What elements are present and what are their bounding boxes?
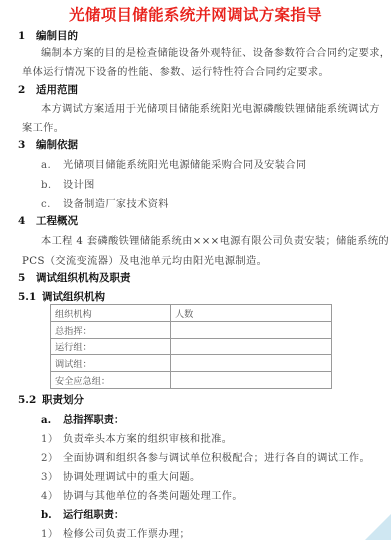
section-1-heading: 1编制目的 <box>18 28 78 43</box>
list-marker: 3） <box>41 468 63 483</box>
subsection-title: 调试组织机构 <box>42 291 105 303</box>
duty-item: 2）全面协调和组织各参与调试单位积极配合；进行各自的调试工作。 <box>41 449 370 464</box>
duty-item: 4）协调与其他单位的各类问题处理工作。 <box>41 487 243 502</box>
section-number: 3 <box>18 139 36 151</box>
section-title: 调试组织机构及职责 <box>36 272 131 284</box>
section-4-heading: 4工程概况 <box>18 213 78 228</box>
section-number: 4 <box>18 215 36 227</box>
table-cell <box>171 372 332 389</box>
section-2-paragraph-line2: 案工作。 <box>22 119 64 134</box>
duty-group-b-heading: b.运行组职责： <box>41 506 124 521</box>
list-marker: a. <box>41 414 63 426</box>
list-marker: 4） <box>41 487 63 502</box>
section-title: 适用范围 <box>36 84 78 96</box>
duty-item: 1）检修公司负责工作票办理； <box>41 525 190 540</box>
table-cell: 安全应急组： <box>51 372 171 389</box>
table-header-row: 组织机构 人数 <box>51 305 332 322</box>
subsection-number: 5.1 <box>18 291 42 303</box>
table-cell: 总指挥： <box>51 321 171 338</box>
table-row: 运行组： <box>51 338 332 355</box>
section-number: 5 <box>18 272 36 284</box>
table-cell <box>171 321 332 338</box>
section-2-paragraph-line1: 本方调试方案适用于光储项目储能系统阳光电源磷酸铁锂储能系统调试方 <box>41 100 380 115</box>
section-5-heading: 5调试组织机构及职责 <box>18 270 131 285</box>
duty-item: 1）负责牵头本方案的组织审核和批准。 <box>41 430 232 445</box>
list-marker: 1） <box>41 430 63 445</box>
table-cell <box>171 355 332 372</box>
table-row: 安全应急组： <box>51 372 332 389</box>
list-text: 设备制造厂家技术资料 <box>63 199 169 210</box>
table-header-cell: 人数 <box>171 305 332 322</box>
section-4-paragraph-line1: 本工程 4 套磷酸铁锂储能系统由×××电源有限公司负责安装；储能系统的 <box>41 232 389 247</box>
table-cell: 运行组： <box>51 338 171 355</box>
list-text: 协调处理调试中的重大问题。 <box>63 472 201 483</box>
list-text: 负责牵头本方案的组织审核和批准。 <box>63 434 232 445</box>
duty-item: 3）协调处理调试中的重大问题。 <box>41 468 201 483</box>
section-title: 编制依据 <box>36 139 78 151</box>
list-marker: b. <box>41 509 63 521</box>
list-marker: c. <box>41 199 63 210</box>
subsection-title: 职责划分 <box>42 394 84 406</box>
duty-group-a-heading: a.总指挥职责： <box>41 411 124 426</box>
list-text: 光储项目储能系统阳光电源储能采购合同及安装合同 <box>63 160 307 171</box>
subsection-5-1-heading: 5.1调试组织机构 <box>18 289 105 304</box>
subsection-number: 5.2 <box>18 394 42 406</box>
table-cell: 调试组： <box>51 355 171 372</box>
reference-item-a: a.光储项目储能系统阳光电源储能采购合同及安装合同 <box>41 156 307 171</box>
document-page: 光储项目储能系统并网调试方案指导 1编制目的 编制本方案的目的是检查储能设备外观… <box>0 0 391 540</box>
organization-table: 组织机构 人数 总指挥： 运行组： 调试组： 安全应急组： <box>50 304 332 389</box>
section-1-paragraph-line1: 编制本方案的目的是检查储能设备外观特征、设备参数符合合同约定要求， <box>41 44 390 59</box>
subsection-5-2-heading: 5.2职责划分 <box>18 392 84 407</box>
list-text: 全面协调和组织各参与调试单位积极配合；进行各自的调试工作。 <box>63 453 370 464</box>
document-title: 光储项目储能系统并网调试方案指导 <box>0 3 391 25</box>
duty-group-title: 运行组职责： <box>63 510 124 521</box>
reference-item-c: c.设备制造厂家技术资料 <box>41 195 169 210</box>
list-text: 协调与其他单位的各类问题处理工作。 <box>63 491 243 502</box>
section-2-heading: 2适用范围 <box>18 82 78 97</box>
table-header-cell: 组织机构 <box>51 305 171 322</box>
list-marker: 2） <box>41 449 63 464</box>
section-3-heading: 3编制依据 <box>18 137 78 152</box>
section-4-paragraph-line2: PCS（交流变流器）及电池单元均由阳光电源制造。 <box>22 252 267 267</box>
reference-item-b: b.设计图 <box>41 176 95 191</box>
list-marker: 1） <box>41 525 63 540</box>
page-corner-decoration <box>365 514 391 540</box>
section-number: 2 <box>18 84 36 96</box>
table-row: 总指挥： <box>51 321 332 338</box>
list-text: 设计图 <box>63 180 95 191</box>
list-marker: a. <box>41 160 63 171</box>
section-number: 1 <box>18 30 36 42</box>
duty-group-title: 总指挥职责： <box>63 415 124 426</box>
section-title: 工程概况 <box>36 215 78 227</box>
section-title: 编制目的 <box>36 30 78 42</box>
section-1-paragraph-line2: 单体运行情况下设备的性能、参数、运行特性符合合同约定要求。 <box>22 63 329 78</box>
list-text: 检修公司负责工作票办理； <box>63 529 190 540</box>
table-cell <box>171 338 332 355</box>
table-row: 调试组： <box>51 355 332 372</box>
list-marker: b. <box>41 180 63 191</box>
